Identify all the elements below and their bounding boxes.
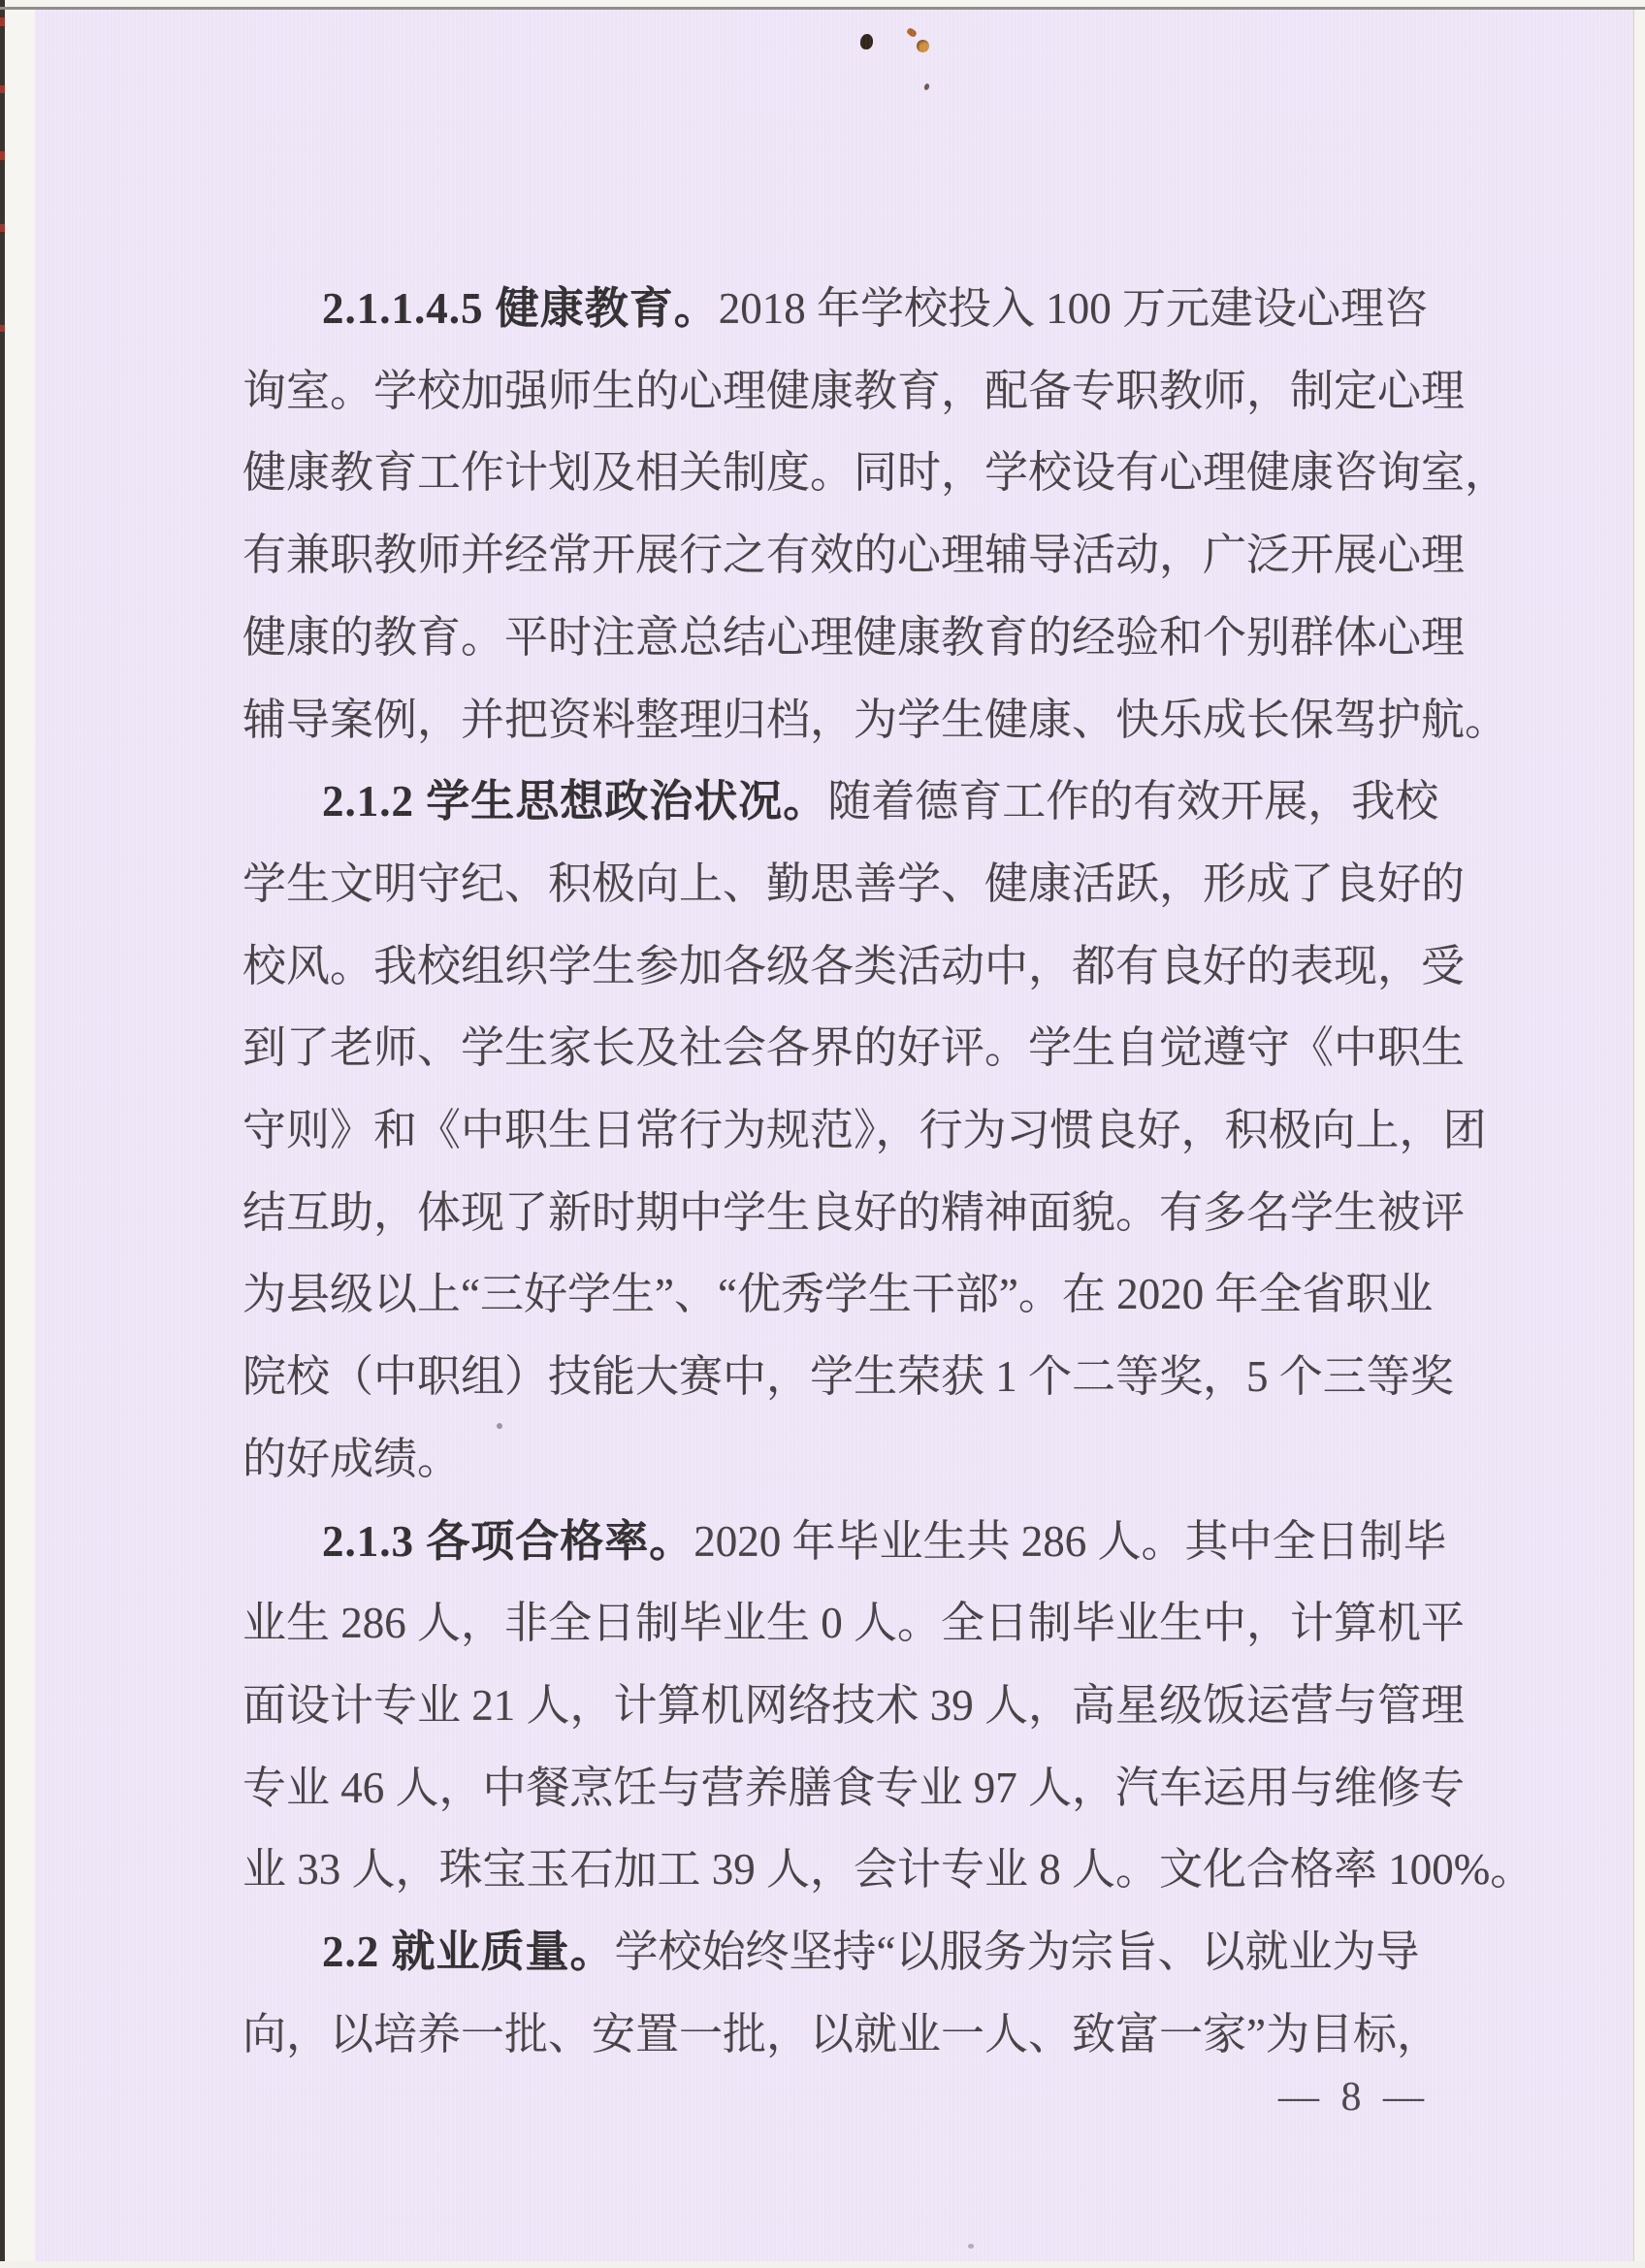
document-page: 2.1.1.4.5 健康教育。2018 年学校投入 100 万元建设心理咨询室。… bbox=[35, 10, 1633, 2261]
page-number: — 8 — bbox=[1247, 2074, 1461, 2121]
section-heading: 2.1.2 学生思想政治状况。 bbox=[322, 777, 827, 826]
text-line: 业 33 人，珠宝玉石加工 39 人，会计专业 8 人。文化合格率 100%。 bbox=[242, 1833, 1533, 1896]
ink-speck bbox=[923, 82, 930, 90]
scan-margin-left bbox=[5, 10, 35, 2268]
text-line: 向，以培养一批、安置一批，以就业一人、致富一家”为目标， bbox=[242, 1998, 1440, 2061]
ink-speck bbox=[906, 27, 918, 38]
text-line: 业生 286 人，非全日制毕业生 0 人。全日制毕业生中，计算机平 bbox=[242, 1587, 1465, 1650]
text-line: 结互助，体现了新时期中学生良好的精神面貌。有多名学生被评 bbox=[242, 1177, 1465, 1240]
text-line: 学生文明守纪、积极向上、勤思善学、健康活跃，形成了良好的 bbox=[242, 848, 1465, 911]
text-line: 校风。我校组织学生参加各级各类活动中，都有良好的表现，受 bbox=[242, 930, 1465, 993]
section-heading: 2.1.3 各项合格率。 bbox=[322, 1517, 693, 1566]
section-heading: 2.2 就业质量。 bbox=[322, 1928, 615, 1976]
ink-speck bbox=[917, 40, 929, 52]
text-line: 2.1.1.4.5 健康教育。2018 年学校投入 100 万元建设心理咨 bbox=[322, 273, 1428, 336]
scan-margin-bottom bbox=[0, 2261, 1645, 2268]
ink-speck bbox=[860, 34, 873, 49]
text-line: 辅导案例，并把资料整理归档，为学生健康、快乐成长保驾护航。 bbox=[242, 684, 1508, 747]
section-heading: 2.1.1.4.5 健康教育。 bbox=[322, 284, 719, 333]
text-line: 2.1.2 学生思想政治状况。随着德育工作的有效开展，我校 bbox=[322, 765, 1438, 828]
text-line: 2.2 就业质量。学校始终坚持“以服务为宗旨、以就业为导 bbox=[322, 1916, 1420, 1979]
text-line: 为县级以上“三好学生”、“优秀学生干部”。在 2020 年全省职业 bbox=[242, 1258, 1433, 1321]
ink-speck bbox=[497, 1423, 502, 1429]
text-line: 院校（中职组）技能大赛中，学生荣获 1 个二等奖，5 个三等奖 bbox=[242, 1341, 1454, 1404]
text-line: 询室。学校加强师生的心理健康教育，配备专职教师，制定心理 bbox=[242, 355, 1465, 418]
ink-speck bbox=[968, 2244, 974, 2249]
text-line: 面设计专业 21 人，计算机网络技术 39 人，高星级饭运营与管理 bbox=[242, 1669, 1465, 1733]
text-line: 健康的教育。平时注意总结心理健康教育的经验和个别群体心理 bbox=[242, 601, 1465, 664]
text-line: 专业 46 人，中餐烹饪与营养膳食专业 97 人，汽车运用与维修专 bbox=[242, 1752, 1465, 1815]
text-line: 健康教育工作计划及相关制度。同时，学校设有心理健康咨询室， bbox=[242, 437, 1508, 500]
text-line: 守则》和《中职生日常行为规范》，行为习惯良好，积极向上，团 bbox=[242, 1094, 1487, 1157]
text-line: 的好成绩。 bbox=[242, 1423, 461, 1486]
text-line: 2.1.3 各项合格率。2020 年毕业生共 286 人。其中全日制毕 bbox=[322, 1506, 1447, 1569]
scanned-document: 2.1.1.4.5 健康教育。2018 年学校投入 100 万元建设心理咨询室。… bbox=[0, 0, 1645, 2268]
text-line: 到了老师、学生家长及社会各界的好评。学生自觉遵守《中职生 bbox=[242, 1012, 1465, 1075]
text-line: 有兼职教师并经常开展行之有效的心理辅导活动，广泛开展心理 bbox=[242, 519, 1465, 582]
scan-margin-right bbox=[1633, 10, 1645, 2268]
